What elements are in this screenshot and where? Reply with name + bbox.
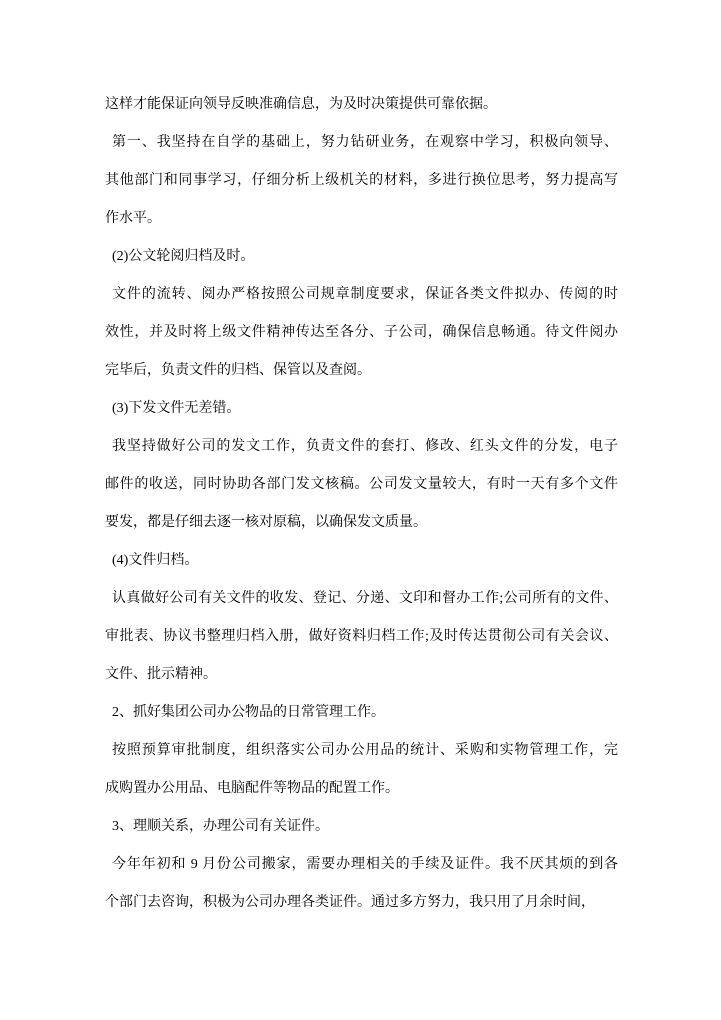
paragraph: 3、理顺关系，办理公司有关证件。 — [105, 808, 618, 846]
text-line: 今年年初和 9 月份公司搬家，需要办理相关的手续及证件。我不厌其烦的到各 — [105, 846, 618, 884]
text-line: 个部门去咨询，积极为公司办理各类证件。通过多方努力，我只用了月余时间， — [105, 884, 618, 922]
text-line: 3、理顺关系，办理公司有关证件。 — [105, 808, 618, 846]
text-line: 要发，都是仔细去逐一核对原稿，以确保发文质量。 — [105, 504, 618, 542]
paragraph: 按照预算审批制度，组织落实公司办公用品的统计、采购和实物管理工作，完成购置办公用… — [105, 732, 618, 808]
text-line: 第一、我坚持在自学的基础上，努力钻研业务，在观察中学习，积极向领导、 — [105, 124, 618, 162]
paragraph: 第一、我坚持在自学的基础上，努力钻研业务，在观察中学习，积极向领导、其他部门和同… — [105, 124, 618, 238]
document-body: 这样才能保证向领导反映准确信息，为及时决策提供可靠依据。第一、我坚持在自学的基础… — [105, 86, 618, 922]
text-line: 其他部门和同事学习，仔细分析上级机关的材料，多进行换位思考，努力提高写 — [105, 162, 618, 200]
text-line: 这样才能保证向领导反映准确信息，为及时决策提供可靠依据。 — [105, 86, 618, 124]
paragraph: 文件的流转、阅办严格按照公司规章制度要求，保证各类文件拟办、传阅的时效性，并及时… — [105, 276, 618, 390]
document-page: 这样才能保证向领导反映准确信息，为及时决策提供可靠依据。第一、我坚持在自学的基础… — [0, 0, 721, 1020]
paragraph: 我坚持做好公司的发文工作，负责文件的套打、修改、红头文件的分发，电子邮件的收送，… — [105, 428, 618, 542]
paragraph: 这样才能保证向领导反映准确信息，为及时决策提供可靠依据。 — [105, 86, 618, 124]
text-line: 审批表、协议书整理归档入册，做好资料归档工作;及时传达贯彻公司有关会议、 — [105, 618, 618, 656]
text-line: (2)公文轮阅归档及时。 — [105, 238, 618, 276]
text-line: 文件、批示精神。 — [105, 656, 618, 694]
text-line: 完毕后，负责文件的归档、保管以及查阅。 — [105, 352, 618, 390]
paragraph: (4)文件归档。 — [105, 542, 618, 580]
paragraph: (3)下发文件无差错。 — [105, 390, 618, 428]
text-line: (4)文件归档。 — [105, 542, 618, 580]
text-line: 认真做好公司有关文件的收发、登记、分递、文印和督办工作;公司所有的文件、 — [105, 580, 618, 618]
text-line: (3)下发文件无差错。 — [105, 390, 618, 428]
text-line: 成购置办公用品、电脑配件等物品的配置工作。 — [105, 770, 618, 808]
paragraph: 今年年初和 9 月份公司搬家，需要办理相关的手续及证件。我不厌其烦的到各个部门去… — [105, 846, 618, 922]
text-line: 文件的流转、阅办严格按照公司规章制度要求，保证各类文件拟办、传阅的时 — [105, 276, 618, 314]
text-line: 邮件的收送，同时协助各部门发文核稿。公司发文量较大，有时一天有多个文件 — [105, 466, 618, 504]
text-line: 效性，并及时将上级文件精神传达至各分、子公司，确保信息畅通。待文件阅办 — [105, 314, 618, 352]
text-line: 2、抓好集团公司办公物品的日常管理工作。 — [105, 694, 618, 732]
text-line: 按照预算审批制度，组织落实公司办公用品的统计、采购和实物管理工作，完 — [105, 732, 618, 770]
text-line: 作水平。 — [105, 200, 618, 238]
text-line: 我坚持做好公司的发文工作，负责文件的套打、修改、红头文件的分发，电子 — [105, 428, 618, 466]
paragraph: 2、抓好集团公司办公物品的日常管理工作。 — [105, 694, 618, 732]
paragraph: 认真做好公司有关文件的收发、登记、分递、文印和督办工作;公司所有的文件、审批表、… — [105, 580, 618, 694]
paragraph: (2)公文轮阅归档及时。 — [105, 238, 618, 276]
